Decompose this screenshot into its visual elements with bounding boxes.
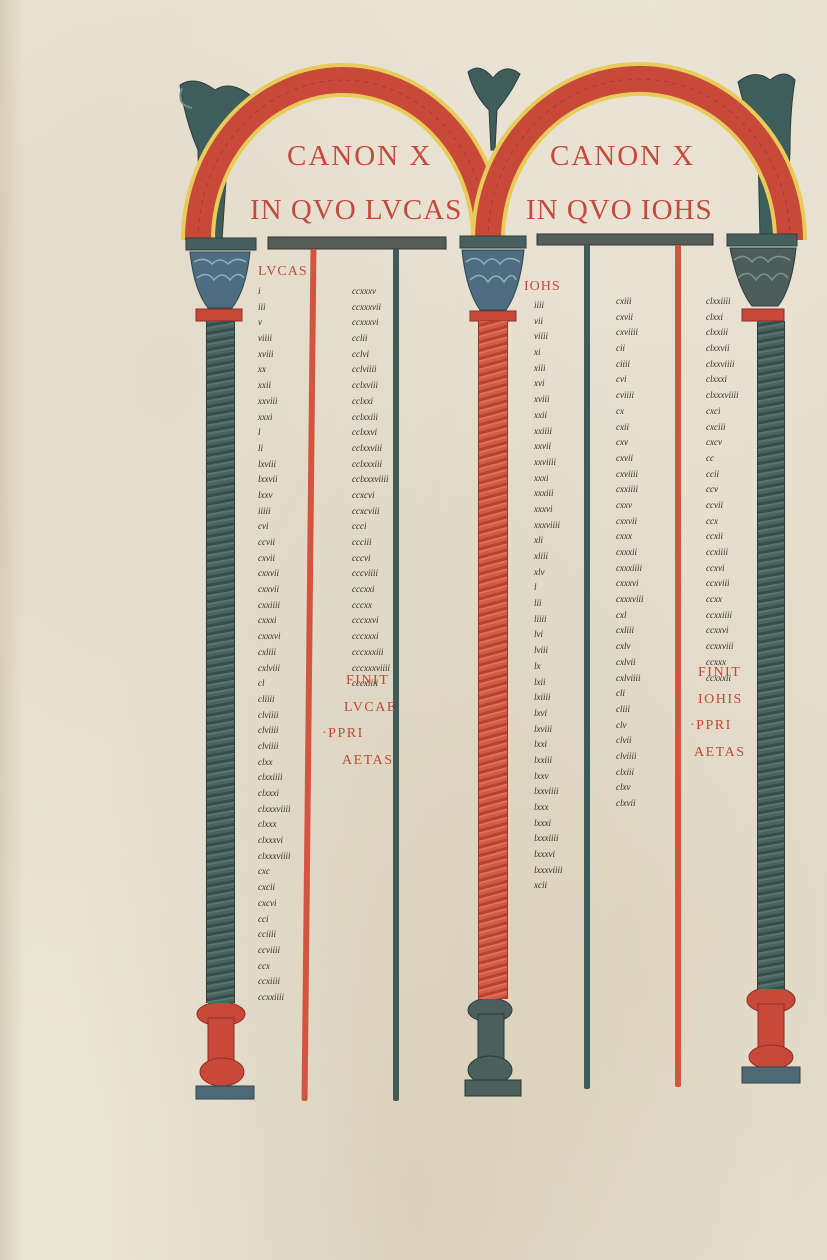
luke-b-entry: ccxxxvi (352, 315, 390, 331)
john-b-entry: cxxiiii (616, 482, 643, 498)
john-a-entry: xi (534, 345, 562, 361)
explicit-luke-line2: LVCAE (322, 695, 397, 722)
john-a-entry: xxxviiii (534, 518, 562, 534)
luke-a-entry: cxcvi (258, 896, 290, 912)
john-a-entry: lxxviiii (534, 784, 562, 800)
john-section-numbers-continued: cxiiicxviicxviiiiciiciiiicvicviiiicxcxii… (616, 294, 643, 812)
luke-b-entry: ccciii (352, 535, 390, 551)
luke-a-entry: clviiii (258, 708, 290, 724)
john-b-entry: clxiii (616, 765, 643, 781)
luke-a-entry: clxx (258, 755, 290, 771)
luke-a-entry: clxxxviiii (258, 802, 290, 818)
john-a-entry: lxxxviiii (534, 863, 562, 879)
luke-a-entry: cci (258, 912, 290, 928)
capital-left-icon (190, 252, 250, 321)
luke-a-entry: clviiii (258, 739, 290, 755)
john-b-entry: cxii (616, 420, 643, 436)
john-a-entry: xiii (534, 361, 562, 377)
luke-a-entry: iiiii (258, 504, 290, 520)
luke-b-entry: cccvi (352, 551, 390, 567)
luke-a-entry: cxliii (258, 645, 290, 661)
john-c-entry: ccxx (706, 592, 738, 608)
explicit-luke-line3: ·PPRI (322, 721, 397, 748)
john-b-entry: cxxxviii (616, 592, 643, 608)
john-a-entry: l (534, 580, 562, 596)
luke-b-entry: cclxxxiii (352, 457, 390, 473)
john-c-entry: ccxii (706, 529, 738, 545)
capital-center-icon (462, 250, 524, 321)
luke-b-entry: cccxx (352, 598, 390, 614)
john-a-entry: lxxxiiii (534, 831, 562, 847)
john-a-entry: lxxi (534, 737, 562, 753)
explicit-luke-line4: AETAS (322, 748, 397, 775)
john-b-entry: clxvii (616, 796, 643, 812)
john-a-entry: lx (534, 659, 562, 675)
john-b-entry: cxxx (616, 529, 643, 545)
luke-a-entry: cxxvii (258, 582, 290, 598)
arch-title-right-line1: CANON X (550, 140, 695, 173)
explicit-john: FINIT IOHIS ·PPRI AETAS (690, 660, 746, 766)
john-b-entry: clviiii (616, 749, 643, 765)
john-section-numbers: iiiiviiviiiixixiiixvixviiixxiixxiiiixxvi… (534, 298, 562, 894)
john-b-entry: cxxxvi (616, 576, 643, 592)
john-c-entry: clxxxviiii (706, 388, 738, 404)
luke-a-entry: ccxiiii (258, 974, 290, 990)
luke-b-entry: cclxviii (352, 378, 390, 394)
john-a-entry: xvi (534, 376, 562, 392)
john-section-numbers-continued-2: clxxiiiiclxxiclxxiiiclxxviiclxxviiiiclxx… (706, 294, 738, 686)
john-a-entry: lxxxvi (534, 847, 562, 863)
john-a-entry: lxxv (534, 769, 562, 785)
john-b-entry: clv (616, 718, 643, 734)
john-b-entry: cliii (616, 702, 643, 718)
john-a-entry: xliii (534, 549, 562, 565)
john-a-entry: lxxxi (534, 816, 562, 832)
john-b-entry: cxvii (616, 451, 643, 467)
luke-a-entry: lxviii (258, 457, 290, 473)
luke-a-entry: cl (258, 676, 290, 692)
john-a-entry: xxxvi (534, 502, 562, 518)
luke-a-entry: v (258, 315, 290, 331)
john-c-entry: ccii (706, 467, 738, 483)
john-a-entry: lii (534, 596, 562, 612)
john-c-entry: clxxiiii (706, 294, 738, 310)
john-a-entry: iiii (534, 298, 562, 314)
luke-section-numbers-continued: ccxxxvccxxxviiccxxxviccliicclvicclviiiic… (352, 284, 390, 692)
explicit-luke: FINIT LVCAE ·PPRI AETAS (322, 668, 397, 774)
luke-a-entry: xx (258, 362, 290, 378)
luke-b-entry: cclxxviii (352, 441, 390, 457)
luke-b-entry: ccxxxv (352, 284, 390, 300)
john-b-entry: cxiii (616, 294, 643, 310)
column-heading-john: IOHS (524, 279, 561, 295)
john-c-entry: clxxviiii (706, 357, 738, 373)
luke-a-entry: lxxv (258, 488, 290, 504)
john-a-entry: xli (534, 533, 562, 549)
luke-a-entry: cliiii (258, 692, 290, 708)
luke-a-entry: ccviiii (258, 943, 290, 959)
john-a-entry: xxxi (534, 471, 562, 487)
john-c-entry: clxxiii (706, 325, 738, 341)
john-c-entry: ccxviii (706, 576, 738, 592)
john-c-entry: ccxxiiii (706, 608, 738, 624)
john-c-entry: clxxxi (706, 372, 738, 388)
rule-green-right (584, 245, 590, 1089)
base-right-icon (742, 987, 800, 1083)
luke-a-entry: clxxxvi (258, 833, 290, 849)
luke-a-entry: cciiii (258, 927, 290, 943)
luke-a-entry: iii (258, 300, 290, 316)
luke-a-entry: ccx (258, 959, 290, 975)
john-b-entry: clxv (616, 780, 643, 796)
luke-b-entry: cccxxvi (352, 613, 390, 629)
arcade-illumination (0, 0, 827, 1260)
john-c-entry: ccxiiii (706, 545, 738, 561)
luke-b-entry: ccci (352, 519, 390, 535)
john-a-entry: xxvii (534, 439, 562, 455)
john-a-entry: xxiiii (534, 424, 562, 440)
luke-a-entry: xxxi (258, 410, 290, 426)
capital-right-icon (730, 248, 796, 321)
luke-a-entry: cxxvii (258, 566, 290, 582)
john-a-entry: lxiiii (534, 690, 562, 706)
luke-b-entry: cclxxi (352, 394, 390, 410)
column-shaft-center (478, 321, 508, 999)
john-b-entry: cxviiii (616, 467, 643, 483)
rule-red-right (675, 245, 681, 1087)
john-a-entry: xcii (534, 878, 562, 894)
john-c-entry: ccvii (706, 498, 738, 514)
john-a-entry: lvi (534, 627, 562, 643)
luke-a-entry: viiii (258, 331, 290, 347)
john-a-entry: xxviiii (534, 455, 562, 471)
john-c-entry: clxxi (706, 310, 738, 326)
john-c-entry: ccxvi (706, 561, 738, 577)
luke-a-entry: ccxxiiii (258, 990, 290, 1006)
explicit-john-line4: AETAS (690, 740, 746, 767)
explicit-luke-line1: FINIT (322, 668, 397, 695)
luke-a-entry: li (258, 441, 290, 457)
john-c-entry: cc (706, 451, 738, 467)
column-heading-luke: LVCAS (258, 264, 308, 280)
arch-title-right-line2: IN QVO IOHS (526, 194, 713, 227)
john-b-entry: cxliii (616, 623, 643, 639)
luke-a-entry: clxxiiii (258, 770, 290, 786)
john-a-entry: viiii (534, 329, 562, 345)
john-a-entry: lxxiii (534, 753, 562, 769)
john-c-entry: ccxxviii (706, 639, 738, 655)
luke-a-entry: cxlviii (258, 661, 290, 677)
john-c-entry: ccxxvi (706, 623, 738, 639)
john-b-entry: cii (616, 341, 643, 357)
luke-a-entry: clxxxi (258, 786, 290, 802)
john-a-entry: lxii (534, 675, 562, 691)
john-b-entry: cli (616, 686, 643, 702)
john-b-entry: cvi (616, 372, 643, 388)
john-a-entry: xxii (534, 408, 562, 424)
luke-b-entry: cclii (352, 331, 390, 347)
luke-b-entry: cclxxiii (352, 410, 390, 426)
luke-a-entry: cxxiiii (258, 598, 290, 614)
john-a-entry: xxxiii (534, 486, 562, 502)
luke-a-entry: lxxvii (258, 472, 290, 488)
luke-a-entry: cxvii (258, 551, 290, 567)
luke-b-entry: ccxcviii (352, 504, 390, 520)
john-b-entry: cxxv (616, 498, 643, 514)
luke-a-entry: cvi (258, 519, 290, 535)
explicit-john-line1: FINIT (690, 660, 746, 687)
luke-section-numbers: iiiivviiiixviiixxxxiixxviiixxxillilxviii… (258, 284, 290, 1006)
john-c-entry: cxcv (706, 435, 738, 451)
luke-b-entry: cclvi (352, 347, 390, 363)
luke-a-entry: xviii (258, 347, 290, 363)
john-b-entry: ciiii (616, 357, 643, 373)
john-a-entry: lviii (534, 643, 562, 659)
luke-b-entry: cclviiii (352, 362, 390, 378)
luke-b-entry: ccxcvi (352, 488, 390, 504)
luke-b-entry: cccxxi (352, 582, 390, 598)
base-left-icon (196, 1002, 254, 1099)
luke-a-entry: i (258, 284, 290, 300)
john-b-entry: cviiii (616, 388, 643, 404)
john-b-entry: cxl (616, 608, 643, 624)
john-c-entry: cxciii (706, 420, 738, 436)
john-a-entry: lxviii (534, 722, 562, 738)
john-b-entry: cxxvii (616, 514, 643, 530)
john-b-entry: cxvii (616, 310, 643, 326)
john-b-entry: cxxxiiii (616, 561, 643, 577)
john-a-entry: liiii (534, 612, 562, 628)
luke-a-entry: cxc (258, 864, 290, 880)
luke-a-entry: xxii (258, 378, 290, 394)
john-a-entry: vii (534, 314, 562, 330)
john-a-entry: lxxx (534, 800, 562, 816)
john-c-entry: ccv (706, 482, 738, 498)
john-b-entry: clvii (616, 733, 643, 749)
column-shaft-right (757, 321, 785, 989)
arch-title-left-line1: CANON X (287, 140, 432, 173)
luke-b-entry: cccxxxiii (352, 645, 390, 661)
luke-a-entry: cxxxi (258, 613, 290, 629)
luke-a-entry: clxxxviiii (258, 849, 290, 865)
john-b-entry: cxviiii (616, 325, 643, 341)
john-b-entry: cxlv (616, 639, 643, 655)
luke-a-entry: cxxxvi (258, 629, 290, 645)
john-a-entry: xlv (534, 565, 562, 581)
luke-a-entry: l (258, 425, 290, 441)
manuscript-page: CANON X IN QVO LVCAS CANON X IN QVO IOHS… (0, 0, 827, 1260)
john-b-entry: cxxxii (616, 545, 643, 561)
john-b-entry: cx (616, 404, 643, 420)
luke-a-entry: clviiii (258, 723, 290, 739)
explicit-john-line2: IOHIS (690, 687, 746, 714)
explicit-john-line3: ·PPRI (690, 713, 746, 740)
luke-a-entry: ccvii (258, 535, 290, 551)
john-c-entry: ccx (706, 514, 738, 530)
arch-title-left-line2: IN QVO LVCAS (250, 194, 462, 227)
luke-a-entry: xxviii (258, 394, 290, 410)
luke-b-entry: cclxxxviiii (352, 472, 390, 488)
john-b-entry: cxlviiii (616, 671, 643, 687)
luke-a-entry: clxxx (258, 817, 290, 833)
luke-b-entry: cccviiii (352, 566, 390, 582)
john-a-entry: xviii (534, 392, 562, 408)
luke-b-entry: cccxxxi (352, 629, 390, 645)
luke-b-entry: cclxxvi (352, 425, 390, 441)
john-c-entry: cxci (706, 404, 738, 420)
luke-a-entry: cxcii (258, 880, 290, 896)
john-a-entry: lxvi (534, 706, 562, 722)
john-c-entry: clxxvii (706, 341, 738, 357)
john-b-entry: cxv (616, 435, 643, 451)
john-b-entry: cxlvii (616, 655, 643, 671)
luke-b-entry: ccxxxvii (352, 300, 390, 316)
column-shaft-left (206, 321, 235, 1003)
base-center-icon (465, 998, 521, 1096)
